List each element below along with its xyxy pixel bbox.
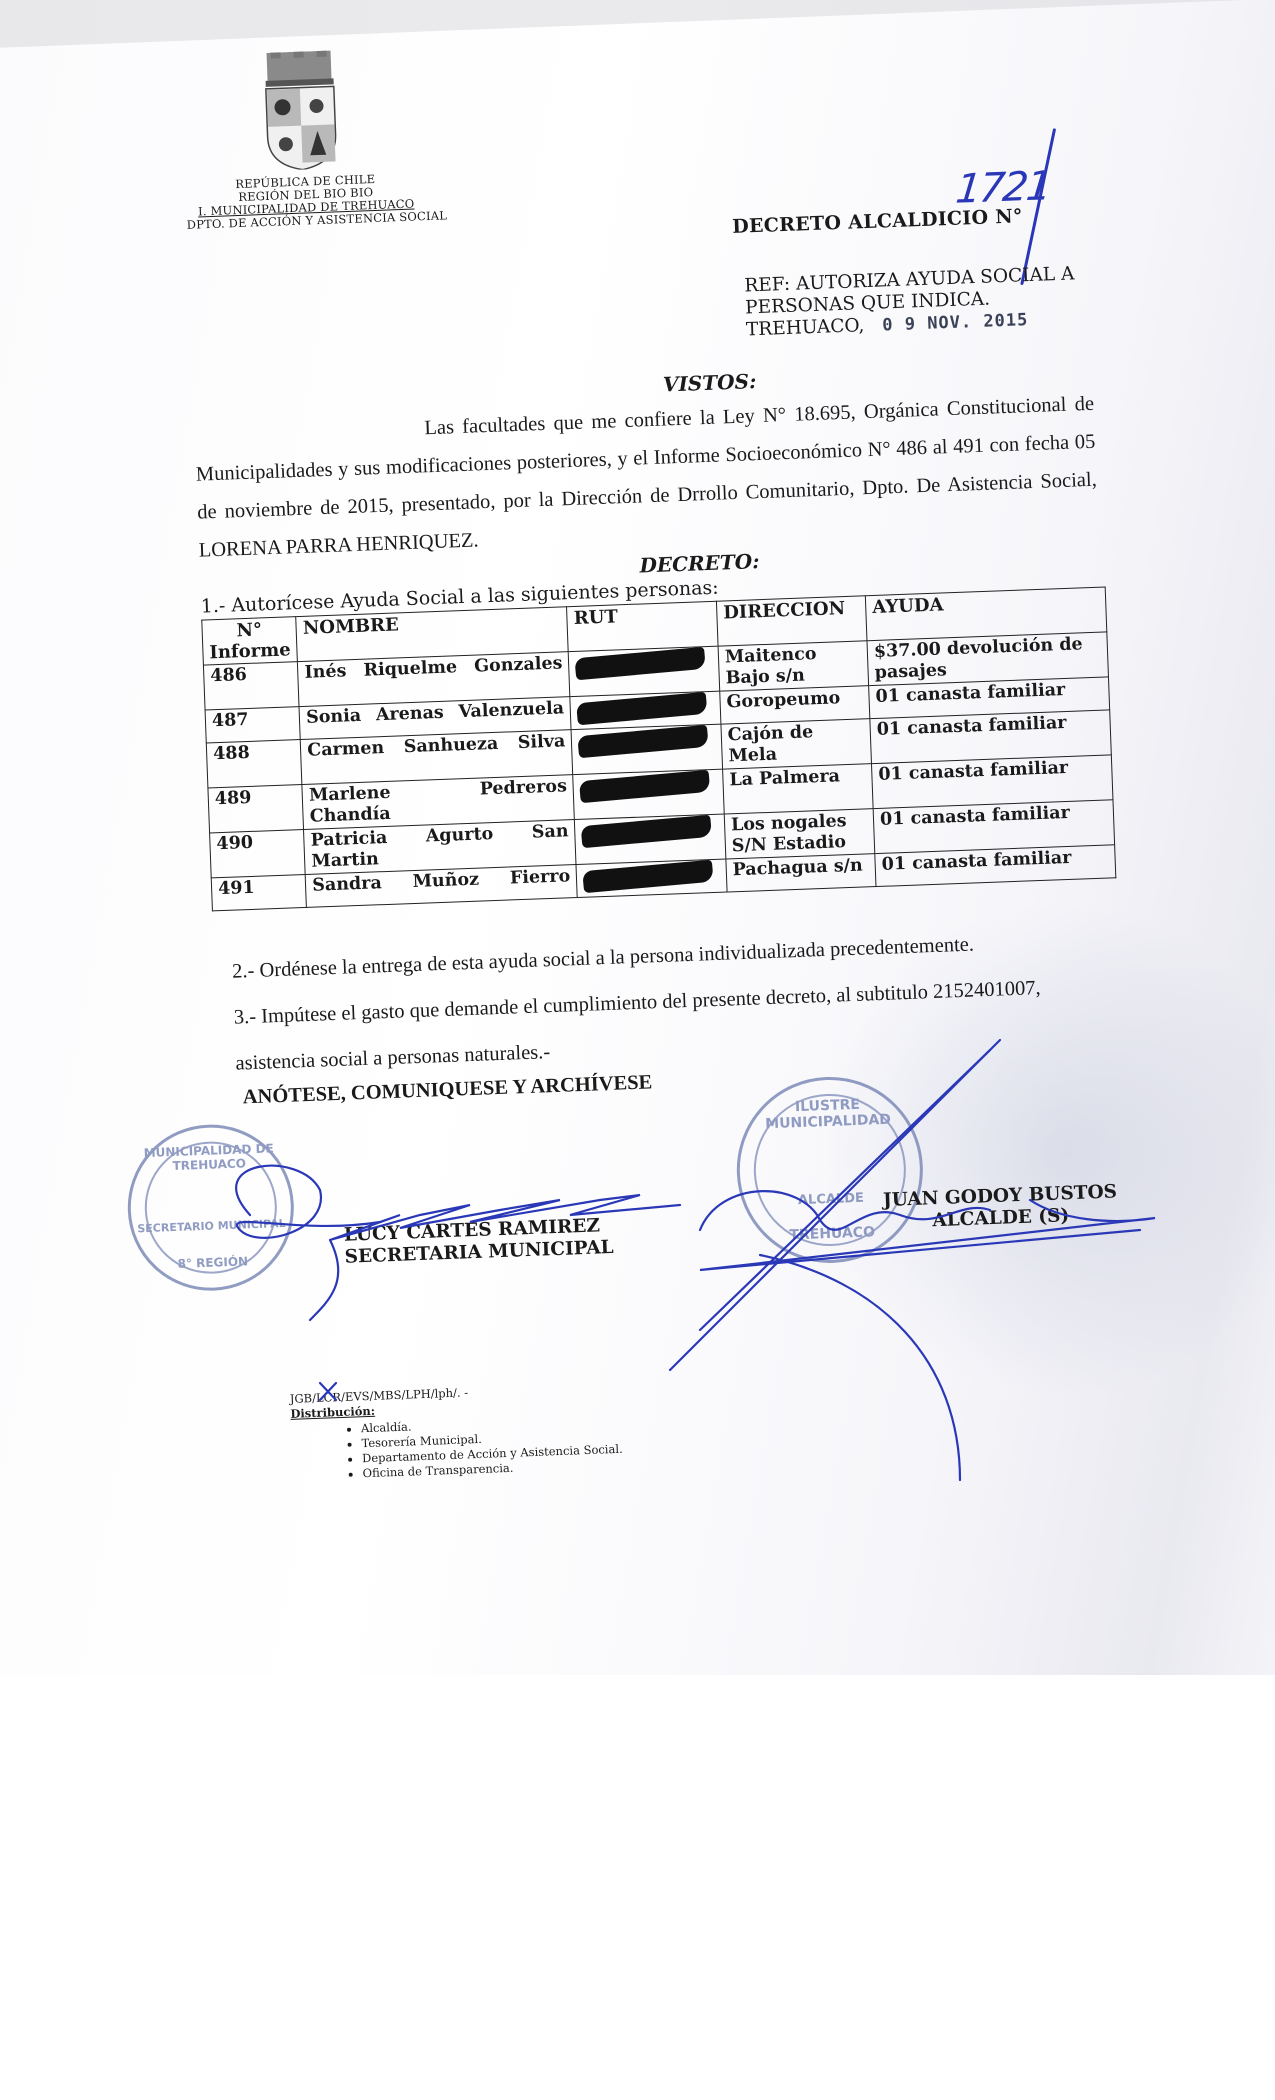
cell-direccion: Los nogales S/N Estadio — [724, 809, 875, 859]
date-stamp: 0 9 NOV. 2015 — [882, 310, 1029, 335]
aid-table: N° Informe NOMBRE RUT DIRECCION AYUDA 48… — [201, 586, 1116, 911]
stamp-text: ILUSTRE MUNICIPALIDAD — [737, 1095, 918, 1134]
cell-rut — [573, 769, 724, 819]
place: TREHUACO, — [746, 315, 865, 340]
cell-informe: 489 — [208, 785, 304, 833]
cell-informe: 488 — [206, 740, 302, 788]
distribution-footer: JGB/LCR/EVS/MBS/LPH/lph/. - Distribución… — [290, 1380, 624, 1484]
vistos-text: Las facultades que me confiere la Ley N°… — [196, 393, 1098, 562]
cell-informe: 486 — [203, 662, 299, 710]
col-rut: RUT — [567, 601, 718, 651]
cell-rut — [571, 724, 722, 774]
redaction-bar — [575, 647, 706, 680]
cell-informe: 490 — [210, 829, 306, 877]
mayor-signature-block: JUAN GODOY BUSTOS ALCALDE (S) — [883, 1181, 1119, 1234]
vistos-heading: VISTOS: — [663, 369, 757, 396]
decreto-heading: DECRETO: — [639, 549, 760, 577]
cell-rut — [576, 859, 727, 897]
cell-direccion: Maitenco Bajo s/n — [718, 641, 869, 691]
secretary-stamp: MUNICIPALIDAD DE TREHUACO SECRETARIO MUN… — [125, 1122, 297, 1294]
redaction-bar — [576, 692, 707, 725]
decree-items: 2.- Ordénese la entrega de esta ayuda so… — [231, 914, 1185, 1087]
redaction-bar — [578, 725, 709, 758]
cell-rut — [575, 814, 726, 864]
secretary-signature-block: LUCY CARTES RAMIREZ SECRETARIA MUNICIPAL — [344, 1215, 615, 1269]
decree-document: REPÚBLICA DE CHILE REGIÓN DEL BIO BIO I.… — [180, 3, 1232, 1489]
redaction-bar — [579, 770, 710, 803]
cell-rut — [568, 646, 719, 696]
col-informe: N° Informe — [202, 617, 298, 665]
cell-direccion: La Palmera — [722, 764, 873, 814]
letterhead: REPÚBLICA DE CHILE REGIÓN DEL BIO BIO I.… — [185, 171, 427, 232]
stamp-text: MUNICIPALIDAD DE TREHUACO — [129, 1141, 290, 1175]
scanned-sheet: REPÚBLICA DE CHILE REGIÓN DEL BIO BIO I.… — [0, 0, 1275, 1675]
mayor-stamp: ILUSTRE MUNICIPALIDAD ALCALDE TREHUACO — [733, 1074, 926, 1267]
redaction-bar — [583, 860, 714, 893]
stamp-text: 8° REGIÓN — [133, 1253, 293, 1273]
coat-of-arms-icon — [259, 50, 343, 171]
cell-informe: 487 — [205, 707, 300, 743]
cell-informe: 491 — [211, 874, 306, 910]
vistos-paragraph: Las facultades que me confiere la Ley N°… — [194, 385, 1099, 570]
cell-rut — [570, 691, 721, 729]
distribution-list: Alcaldía. Tesorería Municipal. Departame… — [291, 1412, 624, 1484]
cell-direccion: Cajón de Mela — [721, 719, 872, 769]
cell-direccion: Pachagua s/n — [726, 854, 876, 892]
col-direccion: DIRECCION — [716, 596, 867, 646]
redaction-bar — [581, 815, 712, 848]
cell-direccion: Goropeumo — [720, 686, 870, 724]
decree-reference: REF: AUTORIZA AYUDA SOCIAL A PERSONAS QU… — [744, 263, 1076, 341]
